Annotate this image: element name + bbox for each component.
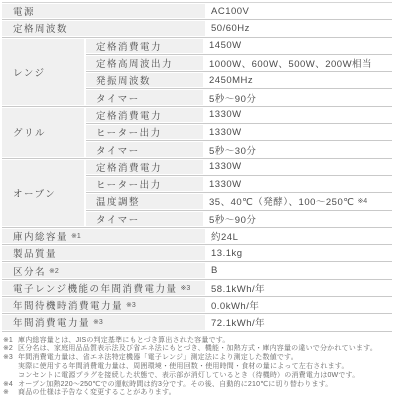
footnotes: ※1 庫内総容量とは、JISの判定基準にもとづき算出された容量です。 ※2 区分… — [3, 337, 396, 399]
spec-row-capacity: 庫内総容量※1 約24L — [2, 228, 392, 245]
spec-row: タイマー 5秒〜30分 — [86, 141, 392, 157]
spec-label-cell: 電源 — [2, 3, 205, 19]
spec-value-cell: 5秒〜90分 — [203, 211, 392, 227]
spec-row: 温度調整 35、40℃（発酵）、100〜250℃※4 — [86, 193, 392, 210]
footnote-text: 年間消費電力量は、省エネ法特定機器「電子レンジ」測定法により測定した数値です。 … — [18, 354, 396, 380]
spec-value-cell: 72.1kWh/年 — [205, 314, 392, 330]
spec-value: 約24L — [211, 229, 238, 243]
spec-value-note: ※4 — [357, 197, 367, 205]
spec-label: 温度調整 — [96, 194, 140, 208]
spec-sublabel-cell: 定格消費電力 — [86, 159, 203, 175]
spec-group-label: レンジ — [2, 38, 86, 106]
spec-value-cell: 2450MHz — [203, 72, 392, 88]
spec-label-cell: 電子レンジ機能の年間消費電力量※3 — [2, 280, 205, 296]
spec-value: B — [211, 265, 218, 276]
footnote-marker: ※4 — [3, 381, 18, 390]
spec-label: タイマー — [96, 212, 140, 226]
spec-row: 定格高周波出力 1000W、600W、500W、200W相当 — [86, 55, 392, 72]
spec-label-cell: 製品質量 — [2, 245, 205, 261]
spec-label-note: ※1 — [71, 232, 81, 240]
footnote-3: ※3 年間消費電力量は、省エネ法特定機器「電子レンジ」測定法により測定した数値で… — [3, 354, 396, 380]
spec-table: 電源 AC100V 定格周波数 50/60Hz レンジ 定格消費電力 1450W… — [2, 2, 392, 332]
spec-value: 72.1kWh/年 — [211, 315, 265, 329]
footnote-marker: ※2 — [3, 345, 18, 354]
spec-label-note: ※3 — [93, 318, 103, 326]
spec-value: AC100V — [211, 6, 249, 17]
spec-value-cell: 1330W — [203, 107, 392, 123]
spec-label-cell: 区分名※2 — [2, 262, 205, 278]
spec-row: 発振周波数 2450MHz — [86, 72, 392, 89]
spec-sublabel-cell: 発振周波数 — [86, 72, 203, 88]
spec-row: ヒーター出力 1330W — [86, 124, 392, 141]
spec-group-range: レンジ 定格消費電力 1450W 定格高周波出力 1000W、600W、500W… — [2, 38, 392, 107]
spec-value: 13.1kg — [211, 248, 243, 259]
spec-value: 5秒〜90分 — [209, 91, 256, 105]
spec-value-cell: 5秒〜90分 — [203, 89, 392, 105]
spec-value-cell: 0.0kWh/年 — [205, 297, 392, 313]
spec-value: 35、40℃（発酵）、100〜250℃ — [209, 194, 354, 208]
spec-row: ヒーター出力 1330W — [86, 176, 392, 193]
spec-row-annual-microwave-energy: 電子レンジ機能の年間消費電力量※3 58.1kWh/年 — [2, 280, 392, 297]
spec-row-annual-energy: 年間消費電力量※3 72.1kWh/年 — [2, 314, 392, 331]
spec-label: 定格消費電力 — [96, 108, 162, 122]
spec-value: 1450W — [209, 40, 242, 51]
spec-sublabel-cell: 温度調整 — [86, 193, 203, 209]
footnote-marker: ※3 — [3, 354, 18, 363]
spec-sublabel-cell: 定格消費電力 — [86, 107, 203, 123]
spec-label: 発振周波数 — [96, 73, 151, 87]
spec-value: 0.0kWh/年 — [211, 298, 259, 312]
footnote-2: ※2 区分名は、家庭用品品質表示法及び省エネ法にもとづき、機能・加熱方式・庫内容… — [3, 345, 396, 354]
spec-value-cell: 1330W — [203, 176, 392, 192]
spec-label: 定格消費電力 — [96, 160, 162, 174]
spec-sublabel-cell: ヒーター出力 — [86, 124, 203, 140]
spec-group-grill: グリル 定格消費電力 1330W ヒーター出力 1330W タイマー 5秒〜30… — [2, 107, 392, 159]
spec-group-rows: 定格消費電力 1330W ヒーター出力 1330W タイマー 5秒〜30分 — [86, 107, 392, 158]
spec-value: 1330W — [209, 127, 242, 138]
spec-label: ヒーター出力 — [96, 177, 162, 191]
spec-sublabel-cell: 定格消費電力 — [86, 38, 203, 54]
footnote-general: ※ 商品の仕様は予告なく変更することがあります。 — [3, 389, 396, 398]
spec-row-power: 電源 AC100V — [2, 3, 392, 20]
spec-label: 電源 — [13, 4, 35, 18]
spec-value-cell: 約24L — [205, 228, 392, 244]
spec-value: 1330W — [209, 161, 242, 172]
spec-value: 58.1kWh/年 — [211, 281, 265, 295]
spec-value-cell: B — [205, 262, 392, 278]
spec-label-cell: 庫内総容量※1 — [2, 228, 205, 244]
spec-group-label-text: レンジ — [13, 65, 46, 79]
spec-row: 定格消費電力 1330W — [86, 159, 392, 176]
footnote-text: 商品の仕様は予告なく変更することがあります。 — [18, 389, 396, 398]
spec-row: 定格消費電力 1330W — [86, 107, 392, 124]
spec-label-note: ※3 — [181, 284, 191, 292]
spec-row-frequency: 定格周波数 50/60Hz — [2, 20, 392, 37]
spec-sublabel-cell: タイマー — [86, 89, 203, 105]
spec-value-cell: 35、40℃（発酵）、100〜250℃※4 — [203, 193, 392, 209]
spec-group-label: グリル — [2, 107, 86, 158]
spec-value: 1000W、600W、500W、200W相当 — [209, 56, 372, 70]
spec-group-oven: オーブン 定格消費電力 1330W ヒーター出力 1330W 温度調整 35、4… — [2, 159, 392, 228]
spec-sublabel-cell: タイマー — [86, 211, 203, 227]
spec-group-label-text: オーブン — [13, 186, 56, 200]
spec-sublabel-cell: ヒーター出力 — [86, 176, 203, 192]
spec-label: 定格周波数 — [13, 21, 68, 35]
spec-label-note: ※3 — [126, 301, 136, 309]
spec-group-label-text: グリル — [13, 125, 46, 139]
spec-value: 1330W — [209, 179, 242, 190]
spec-label: タイマー — [96, 91, 140, 105]
spec-label: タイマー — [96, 143, 140, 157]
spec-label: ヒーター出力 — [96, 125, 162, 139]
spec-label: 庫内総容量 — [13, 229, 68, 243]
spec-label-note: ※2 — [49, 267, 59, 275]
spec-sublabel-cell: 定格高周波出力 — [86, 55, 203, 71]
spec-value-cell: 58.1kWh/年 — [205, 280, 392, 296]
spec-group-rows: 定格消費電力 1450W 定格高周波出力 1000W、600W、500W、200… — [86, 38, 392, 106]
spec-label: 定格消費電力 — [96, 39, 162, 53]
spec-group-label: オーブン — [2, 159, 86, 227]
spec-label-cell: 年間待機時消費電力量※3 — [2, 297, 205, 313]
spec-label-cell: 年間消費電力量※3 — [2, 314, 205, 330]
spec-value-cell: 1330W — [203, 159, 392, 175]
spec-row-annual-standby-energy: 年間待機時消費電力量※3 0.0kWh/年 — [2, 297, 392, 314]
footnote-text: 区分名は、家庭用品品質表示法及び省エネ法にもとづき、機能・加熱方式・庫内容量の違… — [18, 345, 396, 354]
spec-value-cell: 1450W — [203, 38, 392, 54]
spec-value-cell: 13.1kg — [205, 245, 392, 261]
spec-value-cell: 1330W — [203, 124, 392, 140]
footnote-marker: ※1 — [3, 337, 18, 346]
spec-row: タイマー 5秒〜90分 — [86, 89, 392, 105]
spec-label: 年間消費電力量 — [13, 315, 90, 329]
spec-value: 5秒〜30分 — [209, 143, 256, 157]
spec-row: タイマー 5秒〜90分 — [86, 211, 392, 227]
spec-label: 定格高周波出力 — [96, 56, 173, 70]
spec-sublabel-cell: タイマー — [86, 141, 203, 157]
spec-label: 年間待機時消費電力量 — [13, 298, 123, 312]
spec-value-cell: 50/60Hz — [205, 20, 392, 36]
spec-value: 1330W — [209, 109, 242, 120]
spec-value: 50/60Hz — [211, 23, 250, 34]
spec-label: 電子レンジ機能の年間消費電力量 — [13, 281, 178, 295]
spec-label-cell: 定格周波数 — [2, 20, 205, 36]
spec-value-cell: 1000W、600W、500W、200W相当 — [203, 55, 392, 71]
spec-group-rows: 定格消費電力 1330W ヒーター出力 1330W 温度調整 35、40℃（発酵… — [86, 159, 392, 227]
spec-label: 製品質量 — [13, 246, 57, 260]
spec-value-cell: 5秒〜30分 — [203, 141, 392, 157]
footnote-marker: ※ — [3, 389, 18, 398]
spec-row-category: 区分名※2 B — [2, 262, 392, 279]
spec-label: 区分名 — [13, 264, 46, 278]
spec-value: 5秒〜90分 — [209, 212, 256, 226]
spec-row: 定格消費電力 1450W — [86, 38, 392, 55]
spec-value: 2450MHz — [209, 75, 253, 86]
spec-row-weight: 製品質量 13.1kg — [2, 245, 392, 262]
spec-value-cell: AC100V — [205, 3, 392, 19]
